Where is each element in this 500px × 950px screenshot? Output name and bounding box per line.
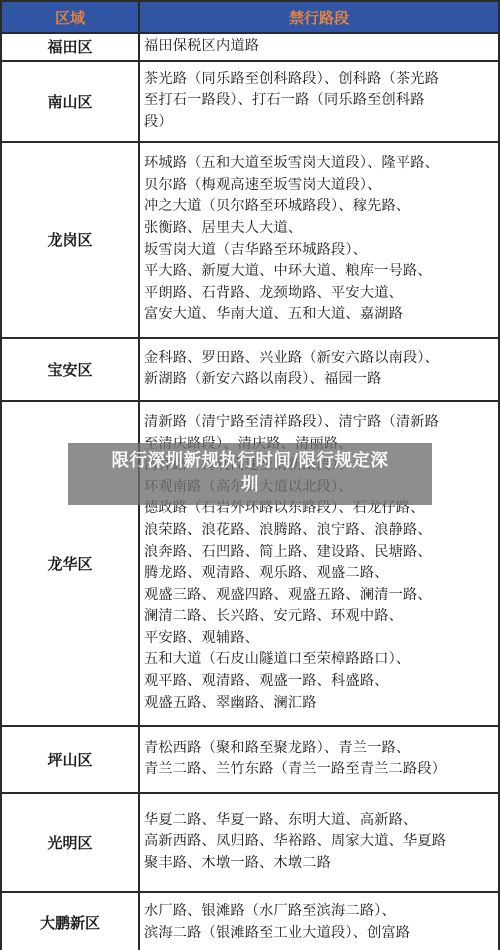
restricted-roads-cell: 福田保税区内道路 <box>139 33 499 61</box>
road-list-line: 平朗路、石背路、龙颈坳路、平安大道、 <box>144 283 495 305</box>
road-list-line: 贝尔路（梅观高速至坂雪岗大道段）、 <box>144 175 495 197</box>
district-cell: 福田区 <box>1 33 139 61</box>
restricted-roads-cell: 青松西路（聚和路至聚龙路）、青兰一路、青兰二路、兰竹东路（青兰一路至青兰二路段） <box>139 726 499 793</box>
restricted-roads-cell: 华夏二路、华夏一路、东明大道、高新路、高新西路、凤归路、华裕路、周家大道、华夏路… <box>139 793 499 892</box>
road-list-line: 浪奔路、石凹路、简上路、建设路、民塘路、 <box>144 542 495 564</box>
road-list-line: 观平路、观清路、观盛一路、科盛路、 <box>144 671 495 693</box>
road-list-line: 段） <box>144 112 495 134</box>
restricted-roads-cell: 茶光路（同乐路至创科路段）、创科路（茶光路至打石一路段）、打石一路（同乐路至创科… <box>139 61 499 142</box>
district-cell: 南山区 <box>1 61 139 142</box>
road-list-line: 清新路（清宁路至清祥路段）、清宁路（清新路 <box>144 412 495 434</box>
road-list-line: 高新西路、凤归路、华裕路、周家大道、华夏路 <box>144 831 495 853</box>
road-list-line: 青兰二路、兰竹东路（青兰一路至青兰二路段） <box>144 759 495 781</box>
header-district: 区域 <box>1 1 139 33</box>
district-cell: 光明区 <box>1 793 139 892</box>
road-list-line: 观盛三路、观盛四路、观盛五路、澜清一路、 <box>144 585 495 607</box>
road-list-line: 聚丰路、木墩一路、木墩二路 <box>144 853 495 875</box>
district-cell: 龙岗区 <box>1 142 139 338</box>
road-list-line: 水厂路、银滩路（水厂路至滨海二路）、 <box>144 901 495 923</box>
road-list-line: 观盛五路、翠幽路、澜汇路 <box>144 693 495 715</box>
restricted-roads-cell: 金科路、罗田路、兴业路（新安六路以南段）、新湖路（新安六路以南段）、福园一路 <box>139 338 499 401</box>
road-list-line: 五和大道（石皮山隧道口至荣樟路路口）、 <box>144 649 495 671</box>
road-list-line: 青松西路（聚和路至聚龙路）、青兰一路、 <box>144 738 495 760</box>
banner-title-line-2: 圳 <box>68 473 432 497</box>
road-list-line: 茶光路（同乐路至创科路段）、创科路（茶光路 <box>144 69 495 91</box>
road-list-line: 坂雪岗大道（吉华路至环城路段）、 <box>144 240 495 262</box>
district-cell: 大鹏新区 <box>1 892 139 950</box>
road-list-line: 张衡路、居里夫人大道、 <box>144 218 495 240</box>
district-cell: 宝安区 <box>1 338 139 401</box>
table-row: 南山区茶光路（同乐路至创科路段）、创科路（茶光路至打石一路段）、打石一路（同乐路… <box>1 61 499 142</box>
road-list-line: 环城路（五和大道至坂雪岗大道段）、隆平路、 <box>144 153 495 175</box>
road-list-line: 澜清二路、长兴路、安元路、环观中路、 <box>144 606 495 628</box>
road-list-line: 金科路、罗田路、兴业路（新安六路以南段）、 <box>144 348 495 370</box>
table-row: 宝安区金科路、罗田路、兴业路（新安六路以南段）、新湖路（新安六路以南段）、福园一… <box>1 338 499 401</box>
road-list-line: 滨海二路（银滩路至工业大道段）、创富路 <box>144 923 495 945</box>
table-row: 坪山区青松西路（聚和路至聚龙路）、青兰一路、青兰二路、兰竹东路（青兰一路至青兰二… <box>1 726 499 793</box>
road-list-line: 富安大道、华南大道、五和大道、嘉湖路 <box>144 304 495 326</box>
road-list-line: 腾龙路、观清路、观乐路、观盛二路、 <box>144 563 495 585</box>
road-list-line: 平安路、观辅路、 <box>144 628 495 650</box>
restricted-roads-cell: 水厂路、银滩路（水厂路至滨海二路）、滨海二路（银滩路至工业大道段）、创富路 <box>139 892 499 950</box>
road-list-line: 平大路、新厦大道、中环大道、粮库一号路、 <box>144 261 495 283</box>
article-title-banner: 限行深圳新规执行时间/限行规定深 圳 <box>68 443 432 505</box>
district-cell: 坪山区 <box>1 726 139 793</box>
restricted-roads-cell: 环城路（五和大道至坂雪岗大道段）、隆平路、贝尔路（梅观高速至坂雪岗大道段）、冲之… <box>139 142 499 338</box>
road-list-line: 福田保税区内道路 <box>144 36 495 58</box>
road-list-line: 至打石一路段）、打石一路（同乐路至创科路 <box>144 90 495 112</box>
header-restricted-roads: 禁行路段 <box>139 1 499 33</box>
road-list-line: 华夏二路、华夏一路、东明大道、高新路、 <box>144 810 495 832</box>
banner-title-line-1: 限行深圳新规执行时间/限行规定深 <box>68 449 432 473</box>
road-list-line: 浪荣路、浪花路、浪腾路、浪宁路、浪静路、 <box>144 520 495 542</box>
table-header-row: 区域 禁行路段 <box>1 1 499 33</box>
road-list-line: 新湖路（新安六路以南段）、福园一路 <box>144 369 495 391</box>
table-row: 福田区福田保税区内道路 <box>1 33 499 61</box>
table-row: 大鹏新区水厂路、银滩路（水厂路至滨海二路）、滨海二路（银滩路至工业大道段）、创富… <box>1 892 499 950</box>
table-row: 龙岗区环城路（五和大道至坂雪岗大道段）、隆平路、贝尔路（梅观高速至坂雪岗大道段）… <box>1 142 499 338</box>
table-row: 光明区华夏二路、华夏一路、东明大道、高新路、高新西路、凤归路、华裕路、周家大道、… <box>1 793 499 892</box>
road-list-line: 冲之大道（贝尔路至环城路段）、稼先路、 <box>144 196 495 218</box>
